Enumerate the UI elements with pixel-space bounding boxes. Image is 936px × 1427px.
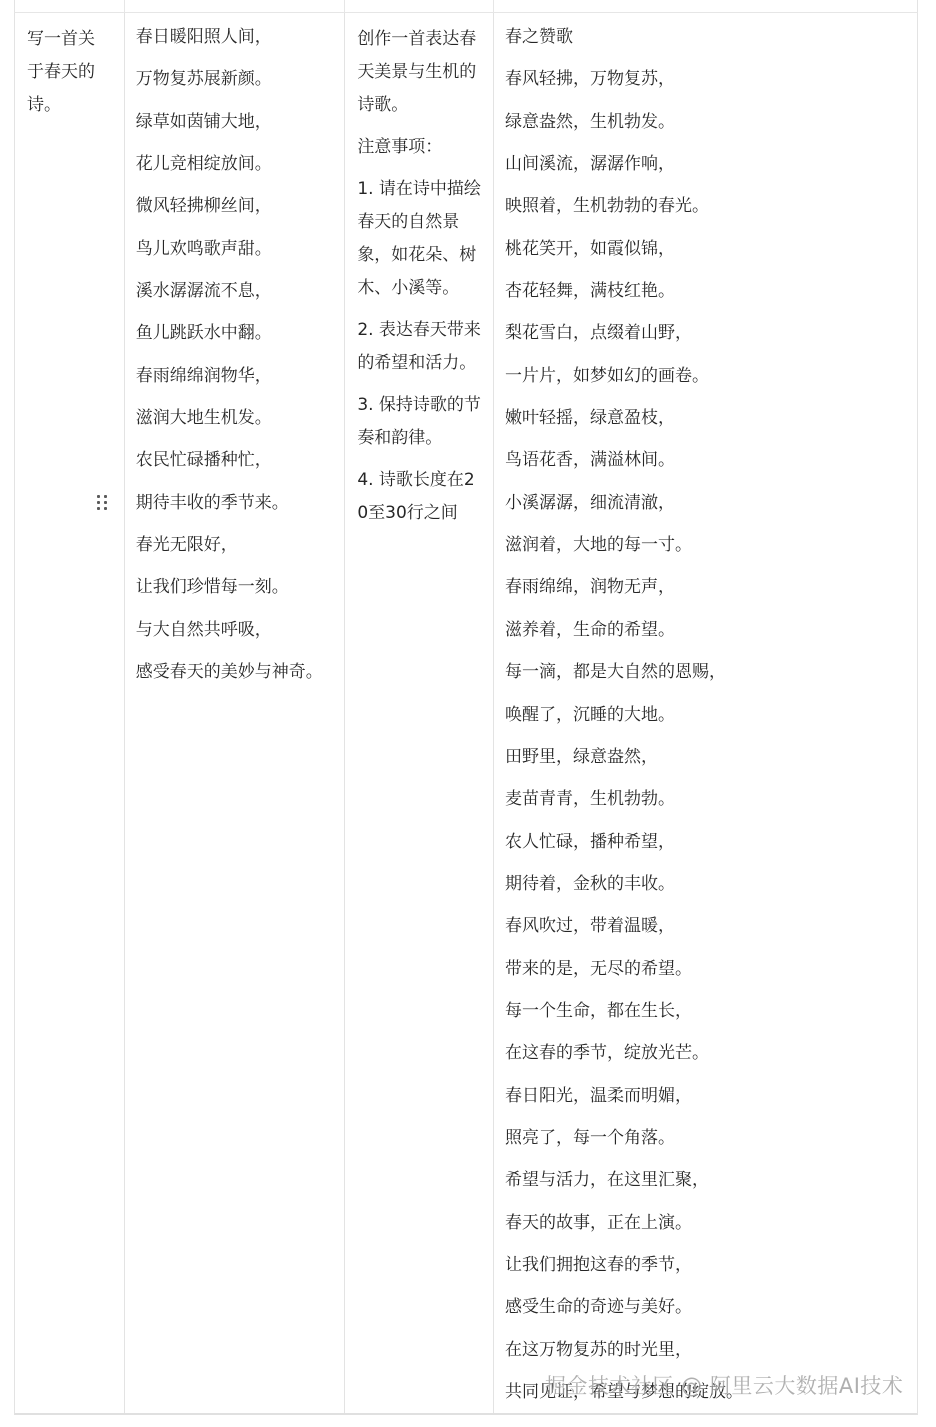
previous-row-bottom [14,0,918,12]
poem-line: 每一滴，都是大自然的恩赐， [505,658,905,700]
poem-line: 照亮了，每一个角落。 [505,1124,905,1166]
poem-line: 桃花笑开，如霞似锦， [505,235,905,277]
poem-line: 小溪潺潺，细流清澈， [505,489,905,531]
poem-line: 田野里，绿意盎然， [505,743,905,785]
poem-line: 嫩叶轻摇，绿意盈枝， [505,404,905,446]
cell-instruction[interactable]: 写一首关于春天的诗。 [15,13,125,1413]
poem-line: 映照着，生机勃勃的春光。 [505,192,905,234]
poem-line: 带来的是，无尽的希望。 [505,955,905,997]
poem-line: 春日暖阳照人间， [136,23,333,65]
poem-line: 农人忙碌，播种希望， [505,828,905,870]
cell-original-output[interactable]: 春日暖阳照人间， 万物复苏展新颜。 绿草如茵铺大地， 花儿竞相绽放间。 微风轻拂… [125,13,346,1413]
poem-line: 鱼儿跳跃水中翻。 [136,319,333,361]
poem-line: 让我们拥抱这春的季节， [505,1251,905,1293]
poem-line: 春日阳光，温柔而明媚， [505,1082,905,1124]
poem-line: 春天的故事，正在上演。 [505,1209,905,1251]
poem-line: 麦苗青青，生机勃勃。 [505,785,905,827]
cell-enhanced-instruction[interactable]: 创作一首表达春天美景与生机的诗歌。 注意事项： 1. 请在诗中描绘春天的自然景象… [345,13,494,1413]
notes-title: 注意事项： [357,131,483,164]
poem-title: 春之赞歌 [505,23,905,65]
poem-line: 万物复苏展新颜。 [136,65,333,107]
poem-line: 共同见证，希望与梦想的绽放。 [505,1378,905,1420]
poem-line: 一片片，如梦如幻的画卷。 [505,362,905,404]
previous-row-cell-1 [15,0,125,12]
enhanced-instruction-intro: 创作一首表达春天美景与生机的诗歌。 [357,23,483,122]
poem-line: 感受春天的美妙与神奇。 [136,658,333,700]
poem-line: 山间溪流，潺潺作响， [505,150,905,192]
poem-line: 溪水潺潺流不息， [136,277,333,319]
poem-line: 春雨绵绵，润物无声， [505,573,905,615]
comparison-table-row: 写一首关于春天的诗。 春日暖阳照人间， 万物复苏展新颜。 绿草如茵铺大地， 花儿… [14,12,918,1415]
poem-line: 让我们珍惜每一刻。 [136,573,333,615]
poem-line: 春风轻拂，万物复苏， [505,65,905,107]
previous-row-cell-4 [494,0,917,12]
instruction-text: 写一首关于春天的诗。 [27,23,112,122]
note-item: 1. 请在诗中描绘春天的自然景象，如花朵、树木、小溪等。 [357,173,483,305]
drag-handle-icon[interactable] [97,495,109,511]
poem-line: 感受生命的奇迹与美好。 [505,1293,905,1335]
poem-line: 唤醒了，沉睡的大地。 [505,701,905,743]
poem-line: 希望与活力，在这里汇聚， [505,1166,905,1208]
poem-line: 杏花轻舞，满枝红艳。 [505,277,905,319]
poem-line: 期待丰收的季节来。 [136,489,333,531]
poem-line: 春光无限好， [136,531,333,573]
note-item: 3. 保持诗歌的节奏和韵律。 [357,389,483,455]
poem-line: 农民忙碌播种忙， [136,446,333,488]
previous-row-cell-2 [125,0,346,12]
previous-row-cell-3 [345,0,494,12]
poem-line: 滋润着，大地的每一寸。 [505,531,905,573]
poem-line: 滋润大地生机发。 [136,404,333,446]
poem-line: 与大自然共呼吸， [136,616,333,658]
poem-line: 鸟儿欢鸣歌声甜。 [136,235,333,277]
poem-line: 绿草如茵铺大地， [136,108,333,150]
poem-line: 在这万物复苏的时光里， [505,1336,905,1378]
poem-line: 在这春的季节，绽放光芒。 [505,1039,905,1081]
poem-line: 微风轻拂柳丝间， [136,192,333,234]
poem-line: 期待着，金秋的丰收。 [505,870,905,912]
note-item: 4. 诗歌长度在20至30行之间 [357,464,483,530]
poem-line: 春风吹过，带着温暖， [505,912,905,954]
poem-line: 花儿竞相绽放间。 [136,150,333,192]
note-item: 2. 表达春天带来的希望和活力。 [357,314,483,380]
poem-line: 滋养着，生命的希望。 [505,616,905,658]
poem-line: 鸟语花香，满溢林间。 [505,446,905,488]
poem-line: 梨花雪白，点缀着山野， [505,319,905,361]
cell-enhanced-output[interactable]: 春之赞歌 春风轻拂，万物复苏， 绿意盎然，生机勃发。 山间溪流，潺潺作响， 映照… [494,13,917,1413]
poem-line: 春雨绵绵润物华， [136,362,333,404]
poem-line: 绿意盎然，生机勃发。 [505,108,905,150]
poem-line: 每一个生命，都在生长， [505,997,905,1039]
